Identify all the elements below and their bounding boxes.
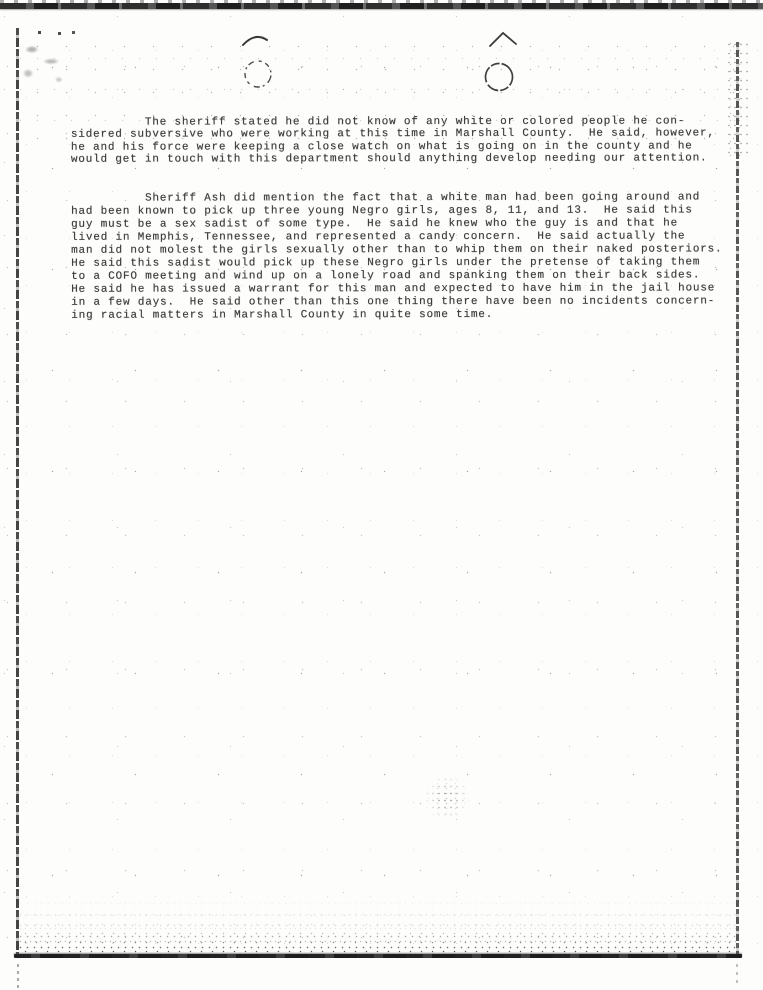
text-line: lived in Memphis, Tennessee, and represe… (71, 230, 756, 244)
text-line: had been known to pick up three young Ne… (71, 204, 756, 218)
page-edge-right-tail (736, 964, 738, 984)
page-edge-left-tail (17, 964, 19, 990)
stray-dots-mark (38, 31, 41, 34)
text-line: He said he has issued a warrant for this… (71, 282, 756, 296)
text-line: man did not molest the girls sexually ot… (71, 243, 756, 257)
scan-edge-top-band (0, 3, 763, 9)
hole-punch-icon (476, 26, 538, 98)
scan-noise-bottom (16, 896, 738, 954)
text-line: Sheriff Ash did mention the fact that a … (71, 191, 756, 205)
document-body: The sheriff stated he did not know of an… (71, 115, 756, 322)
paragraph-sheriff-statement: The sheriff stated he did not know of an… (71, 115, 756, 166)
text-line: ing racial matters in Marshall County in… (71, 308, 756, 322)
page-edge-bottom-line (14, 954, 742, 958)
text-line: guy must be a sex sadist of some type. H… (71, 217, 756, 231)
text-line: would get in touch with this department … (71, 153, 756, 167)
text-line: sidered subversive who were working at t… (71, 128, 756, 142)
speckle-cluster-mark (424, 776, 470, 820)
text-line: He said this sadist would pick up these … (71, 256, 756, 270)
page-edge-left-line (16, 28, 19, 958)
text-line: in a few days. He said other than this o… (71, 295, 756, 309)
text-line: to a COFO meeting and wind up on a lonel… (71, 269, 756, 283)
hole-punch-icon (228, 28, 290, 98)
smudge-mark (14, 38, 78, 90)
paragraph-sheriff-ash-mention: Sheriff Ash did mention the fact that a … (71, 191, 756, 322)
scanned-document-page: The sheriff stated he did not know of an… (0, 0, 763, 990)
